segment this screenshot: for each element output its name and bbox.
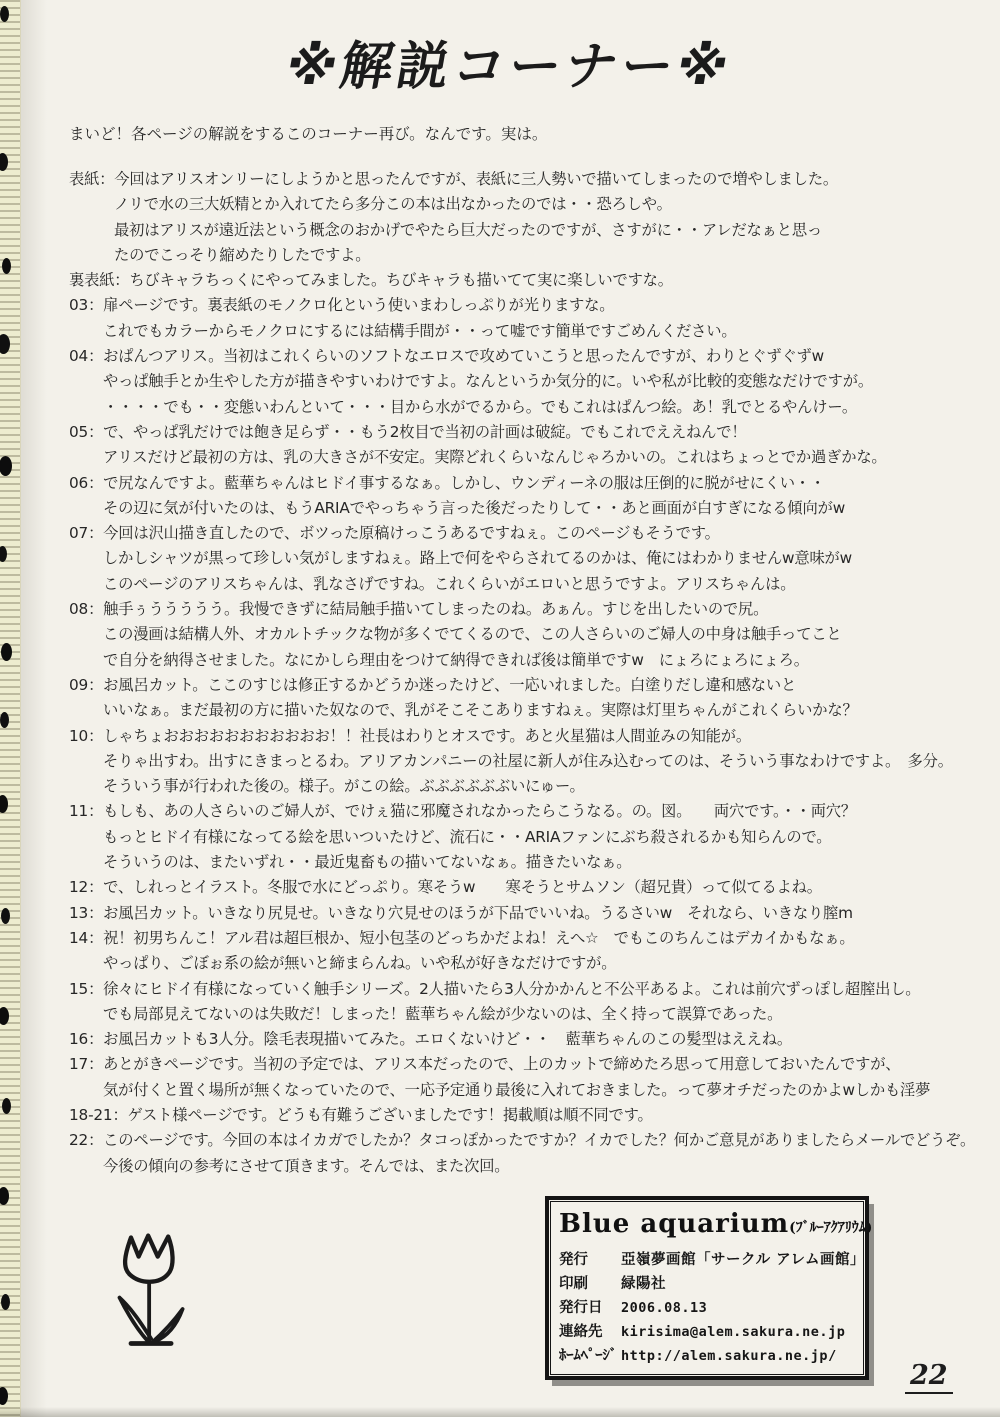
colophon-row-value: http://alem.sakura.ne.jp/ bbox=[621, 1348, 837, 1364]
commentary-line: で自分を納得させました。なにかしら理由をつけて納得できれば後は簡単ですw にょろ… bbox=[69, 648, 997, 673]
commentary-line: これでもカラーからモノクロにするには結構手間が・・って嘘です簡単ですごめんくださ… bbox=[69, 319, 997, 344]
entry-label: 16： bbox=[69, 1030, 103, 1048]
colophon-row-value: 緑陽社 bbox=[621, 1276, 666, 1292]
commentary-line: 13：お風呂カット。いきなり尻見せ。いきなり穴見せのほうが下品でいいね。うるさい… bbox=[69, 901, 997, 926]
commentary-entry: 16：お風呂カットも3人分。陰毛表現描いてみた。エロくないけど・・ 藍華ちゃんの… bbox=[69, 1027, 997, 1052]
colophon-row-label: ﾎｰﾑﾍﾟｰｼﾞ bbox=[559, 1344, 621, 1368]
commentary-line: たのでこっそり縮めたりしたですよ。 bbox=[69, 243, 997, 268]
entry-label: 18-21： bbox=[69, 1106, 128, 1124]
commentary-entry: 10：しゃちょおおおおおおおおおおお！！社長はわりとオスです。あと火星猫は人間並… bbox=[69, 724, 997, 800]
entry-label: 03： bbox=[69, 296, 103, 314]
colophon-rows: 発行亞嶺夢画館「サークル アレム画館」印刷緑陽社発行日2006.08.13連絡先… bbox=[559, 1248, 857, 1368]
commentary-entry: 04：おぱんつアリス。当初はこれくらいのソフトなエロスで攻めていこうと思ったんで… bbox=[69, 344, 997, 420]
commentary-line: そりゃ出すわ。出すにきまっとるわ。アリアカンパニーの社屋に新人が住み込むってのは… bbox=[69, 749, 997, 774]
tulip-flower bbox=[125, 1236, 172, 1282]
commentary-line: やっぱ触手とか生やした方が描きやすいわけですよ。なんというか気分的に。いや私が比… bbox=[69, 369, 997, 394]
entry-label: 09： bbox=[69, 676, 103, 694]
colophon-row-label: 発行日 bbox=[559, 1296, 621, 1320]
entry-label: 05： bbox=[69, 423, 103, 441]
commentary-line: 16：お風呂カットも3人分。陰毛表現描いてみた。エロくないけど・・ 藍華ちゃんの… bbox=[69, 1027, 997, 1052]
colophon-row: 発行亞嶺夢画館「サークル アレム画館」 bbox=[559, 1248, 857, 1272]
commentary-line: 08：触手ぅううううう。我慢できずに結局触手描いてしまったのね。あぁん。すじを出… bbox=[69, 597, 997, 622]
binding-shadow bbox=[21, 0, 47, 1417]
commentary-line: 10：しゃちょおおおおおおおおおおお！！社長はわりとオスです。あと火星猫は人間並… bbox=[69, 724, 997, 749]
commentary-line: 12：で、しれっとイラスト。冬服で水にどっぷり。寒そうw 寒そうとサムソン（超兄… bbox=[69, 875, 997, 900]
commentary-line: 11：もしも、あの人さらいのご婦人が、でけぇ猫に邪魔されなかったらこうなる。の。… bbox=[69, 799, 997, 824]
commentary-line: 17：あとがきページです。当初の予定では、アリス本だったので、上のカットで締めた… bbox=[69, 1052, 997, 1077]
commentary-line: 04：おぱんつアリス。当初はこれくらいのソフトなエロスで攻めていこうと思ったんで… bbox=[69, 344, 997, 369]
intro-text: まいど！各ページの解説をするこのコーナー再び。なんです。実は。 bbox=[69, 122, 547, 144]
entry-label: 07： bbox=[69, 524, 103, 542]
commentary-entry: 15：徐々にヒドイ有様になっていく触手シリーズ。2人描いたら3人分かかんと不公平… bbox=[69, 977, 997, 1028]
commentary-entry: 03：扉ページです。裏表紙のモノクロ化という使いまわしっぷりが光りますな。これで… bbox=[69, 293, 997, 344]
commentary-entry: 裏表紙：ちびキャラちっくにやってみました。ちびキャラも描いてて実に楽しいですな。 bbox=[69, 268, 997, 293]
page-number: 22 bbox=[905, 1360, 953, 1394]
publication-title-kana: (ﾌﾞﾙｰｱｸｱﾘｳﾑ) bbox=[789, 1220, 872, 1236]
entry-label: 06： bbox=[69, 474, 103, 492]
colophon-row: 連絡先kirisima@alem.sakura.ne.jp bbox=[559, 1320, 857, 1344]
commentary-line: やっぱり、ごぼぉ系の絵が無いと締まらんね。いや私が好きなだけですが。 bbox=[69, 951, 997, 976]
commentary-line: 15：徐々にヒドイ有様になっていく触手シリーズ。2人描いたら3人分かかんと不公平… bbox=[69, 977, 997, 1002]
colophon-row: 発行日2006.08.13 bbox=[559, 1296, 857, 1320]
tulip-leaf-right bbox=[152, 1309, 183, 1342]
entry-label: 10： bbox=[69, 727, 103, 745]
page-title: ※解説コーナー※ bbox=[63, 24, 956, 99]
entry-label: 13： bbox=[69, 904, 103, 922]
commentary-entry: 05：で、やっぱ乳だけでは飽き足らず・・もう2枚目で当初の計画は破綻。でもこれで… bbox=[69, 420, 997, 471]
commentary-line: このページのアリスちゃんは、乳なさげですね。これくらいがエロいと思うですよ。アリ… bbox=[69, 572, 997, 597]
entry-text: 今回はアリスオンリーにしようかと思ったんですが、表紙に三人勢いで描いてしまったの… bbox=[114, 170, 838, 188]
commentary-line: 06：で尻なんですよ。藍華ちゃんはヒドイ事するなぁ。しかし、ウンディーネの服は圧… bbox=[69, 471, 997, 496]
scanned-binding-edge bbox=[0, 0, 21, 1417]
entry-text: で、やっぱ乳だけでは飽き足らず・・もう2枚目で当初の計画は破綻。でもこれでええね… bbox=[103, 423, 746, 441]
commentary-entry: 09：お風呂カット。ここのすじは修正するかどうか迷ったけど、一応いれました。白塗… bbox=[69, 673, 997, 724]
commentary-line: そういうのは、またいずれ・・最近鬼畜もの描いてないなぁ。描きたいなぁ。 bbox=[69, 850, 997, 875]
commentary-line: ノリで水の三大妖精とか入れてたら多分この本は出なかったのでは・・恐ろしや。 bbox=[69, 192, 997, 217]
entry-text: ゲスト様ページです。どうも有難うございましたです！掲載順は順不同です。 bbox=[128, 1106, 653, 1124]
commentary-line: 表紙：今回はアリスオンリーにしようかと思ったんですが、表紙に三人勢いで描いてしま… bbox=[69, 167, 997, 192]
commentary-line: いいなぁ。まだ最初の方に描いた奴なので、乳がそこそこありますねぇ。実際は灯里ちゃ… bbox=[69, 698, 997, 723]
commentary-line: 03：扉ページです。裏表紙のモノクロ化という使いまわしっぷりが光りますな。 bbox=[69, 293, 997, 318]
commentary-entry: 17：あとがきページです。当初の予定では、アリス本だったので、上のカットで締めた… bbox=[69, 1052, 997, 1103]
entry-label: 表紙： bbox=[69, 170, 114, 188]
commentary-line: 22：このページです。今回の本はイカガでしたか？タコっぽかったですか？イカでした… bbox=[69, 1128, 997, 1153]
commentary-line: 気が付くと置く場所が無くなっていたので、一応予定通り最後に入れておきました。って… bbox=[69, 1078, 997, 1103]
colophon-row-value: 亞嶺夢画館「サークル アレム画館」 bbox=[621, 1252, 865, 1268]
entry-text: 扉ページです。裏表紙のモノクロ化という使いまわしっぷりが光りますな。 bbox=[103, 296, 614, 314]
commentary-entry: 18-21：ゲスト様ページです。どうも有難うございましたです！掲載順は順不同です… bbox=[69, 1103, 997, 1128]
entry-label: 08： bbox=[69, 600, 103, 618]
entry-label: 22： bbox=[69, 1131, 103, 1149]
entry-label: 15： bbox=[69, 980, 103, 998]
entry-text: 触手ぅううううう。我慢できずに結局触手描いてしまったのね。あぁん。すじを出したい… bbox=[103, 600, 768, 618]
commentary-entry: 11：もしも、あの人さらいのご婦人が、でけぇ猫に邪魔されなかったらこうなる。の。… bbox=[69, 799, 997, 875]
commentary-line: しかしシャツが黒って珍しい気がしますねぇ。路上で何をやらされてるのかは、俺にはわ… bbox=[69, 546, 997, 571]
colophon-box: Blue aquarium(ﾌﾞﾙｰｱｸｱﾘｳﾑ) 発行亞嶺夢画館「サークル ア… bbox=[545, 1196, 869, 1380]
tulip-leaf-left bbox=[120, 1298, 152, 1342]
commentary-entry: 07：今回は沢山描き直したので、ボツった原稿けっこうあるですねぇ。このページもそ… bbox=[69, 521, 997, 597]
colophon-row-value: 2006.08.13 bbox=[621, 1300, 707, 1316]
colophon-row-label: 連絡先 bbox=[559, 1320, 621, 1344]
entry-text: で尻なんですよ。藍華ちゃんはヒドイ事するなぁ。しかし、ウンディーネの服は圧倒的に… bbox=[103, 474, 825, 492]
entry-text: 祝！初男ちんこ！アル君は超巨根か、短小包茎のどっちかだよね！えへ☆ でもこのちん… bbox=[103, 929, 854, 947]
entry-text: 徐々にヒドイ有様になっていく触手シリーズ。2人描いたら3人分かかんと不公平あるよ… bbox=[103, 980, 920, 998]
commentary-entry: 06：で尻なんですよ。藍華ちゃんはヒドイ事するなぁ。しかし、ウンディーネの服は圧… bbox=[69, 471, 997, 522]
commentary-entry: 12：で、しれっとイラスト。冬服で水にどっぷり。寒そうw 寒そうとサムソン（超兄… bbox=[69, 875, 997, 900]
colophon-row: ﾎｰﾑﾍﾟｰｼﾞhttp://alem.sakura.ne.jp/ bbox=[559, 1344, 857, 1368]
commentary-line: 05：で、やっぱ乳だけでは飽き足らず・・もう2枚目で当初の計画は破綻。でもこれで… bbox=[69, 420, 997, 445]
commentary-line: 07：今回は沢山描き直したので、ボツった原稿けっこうあるですねぇ。このページもそ… bbox=[69, 521, 997, 546]
entry-text: ちびキャラちっくにやってみました。ちびキャラも描いてて実に楽しいですな。 bbox=[129, 271, 673, 289]
publication-title-latin: Blue aquarium bbox=[559, 1209, 789, 1239]
scan-bottom-shade bbox=[0, 1407, 1000, 1417]
entry-label: 04： bbox=[69, 347, 103, 365]
commentary-line: 裏表紙：ちびキャラちっくにやってみました。ちびキャラも描いてて実に楽しいですな。 bbox=[69, 268, 997, 293]
entry-label: 12： bbox=[69, 878, 103, 896]
commentary-line: 18-21：ゲスト様ページです。どうも有難うございましたです！掲載順は順不同です… bbox=[69, 1103, 997, 1128]
commentary-line: 09：お風呂カット。ここのすじは修正するかどうか迷ったけど、一応いれました。白塗… bbox=[69, 673, 997, 698]
commentary-line: 最初はアリスが遠近法という概念のおかげでやたら巨大だったのですが、さすがに・・ア… bbox=[69, 218, 997, 243]
entry-text: お風呂カットも3人分。陰毛表現描いてみた。エロくないけど・・ 藍華ちゃんのこの髪… bbox=[103, 1030, 792, 1048]
commentary-line: もっとヒドイ有様になってる絵を思いついたけど、流石に・・ARIAファンにぶち殺さ… bbox=[69, 825, 997, 850]
entry-text: このページです。今回の本はイカガでしたか？タコっぽかったですか？イカでした？何か… bbox=[103, 1131, 975, 1149]
entry-text: しゃちょおおおおおおおおおおお！！社長はわりとオスです。あと火星猫は人間並みの知… bbox=[103, 727, 751, 745]
entry-label: 17： bbox=[69, 1055, 103, 1073]
tulip-drawing bbox=[110, 1226, 194, 1354]
commentary-line: ・・・・でも・・変態いわんといて・・・目から水がでるから。でもこれはぱんつ絵。あ… bbox=[69, 395, 997, 420]
colophon-row-label: 印刷 bbox=[559, 1272, 621, 1296]
commentary-entry: 表紙：今回はアリスオンリーにしようかと思ったんですが、表紙に三人勢いで描いてしま… bbox=[69, 167, 997, 268]
commentary-line: この漫画は結構人外、オカルトチックな物が多くでてくるので、この人さらいのご婦人の… bbox=[69, 622, 997, 647]
entry-label: 裏表紙： bbox=[69, 271, 129, 289]
commentary-line: 14：祝！初男ちんこ！アル君は超巨根か、短小包茎のどっちかだよね！えへ☆ でもこ… bbox=[69, 926, 997, 951]
commentary-line: そういう事が行われた後の。様子。がこの絵。ぶぶぶぶぶぶいにゅー。 bbox=[69, 774, 997, 799]
commentary-entry: 22：このページです。今回の本はイカガでしたか？タコっぽかったですか？イカでした… bbox=[69, 1128, 997, 1179]
commentary-line: アリスだけど最初の方は、乳の大きさが不安定。実際どれくらいなんじゃろかいの。これ… bbox=[69, 445, 997, 470]
commentary-entry: 14：祝！初男ちんこ！アル君は超巨根か、短小包茎のどっちかだよね！えへ☆ でもこ… bbox=[69, 926, 997, 977]
entry-label: 11： bbox=[69, 802, 103, 820]
entry-text: お風呂カット。ここのすじは修正するかどうか迷ったけど、一応いれました。白塗りだし… bbox=[103, 676, 796, 694]
entry-text: で、しれっとイラスト。冬服で水にどっぷり。寒そうw 寒そうとサムソン（超兄貴）っ… bbox=[103, 878, 822, 896]
commentary-entry: 08：触手ぅううううう。我慢できずに結局触手描いてしまったのね。あぁん。すじを出… bbox=[69, 597, 997, 673]
colophon-row: 印刷緑陽社 bbox=[559, 1272, 857, 1296]
commentary-entry: 13：お風呂カット。いきなり尻見せ。いきなり穴見せのほうが下品でいいね。うるさい… bbox=[69, 901, 997, 926]
colophon-row-value: kirisima@alem.sakura.ne.jp bbox=[621, 1324, 845, 1340]
commentary-line: でも局部見えてないのは失敗だ！しまった！藍華ちゃん絵が少ないのは、全く持って誤算… bbox=[69, 1002, 997, 1027]
entry-text: もしも、あの人さらいのご婦人が、でけぇ猫に邪魔されなかったらこうなる。の。図。 … bbox=[103, 802, 856, 820]
publication-title: Blue aquarium(ﾌﾞﾙｰｱｸｱﾘｳﾑ) bbox=[559, 1206, 857, 1246]
entry-label: 14： bbox=[69, 929, 103, 947]
colophon-row-label: 発行 bbox=[559, 1248, 621, 1272]
commentary-list: 表紙：今回はアリスオンリーにしようかと思ったんですが、表紙に三人勢いで描いてしま… bbox=[69, 167, 997, 1179]
entry-text: おぱんつアリス。当初はこれくらいのソフトなエロスで攻めていこうと思ったんですが、… bbox=[103, 347, 824, 365]
commentary-line: その辺に気が付いたのは、もうARIAでやっちゃう言った後だったりして・・あと画面… bbox=[69, 496, 997, 521]
entry-text: お風呂カット。いきなり尻見せ。いきなり穴見せのほうが下品でいいね。うるさいw そ… bbox=[103, 904, 853, 922]
commentary-line: 今後の傾向の参考にさせて頂きます。そんでは、また次回。 bbox=[69, 1154, 997, 1179]
entry-text: あとがきページです。当初の予定では、アリス本だったので、上のカットで締めたろ思っ… bbox=[103, 1055, 900, 1073]
entry-text: 今回は沢山描き直したので、ボツった原稿けっこうあるですねぇ。このページもそうです… bbox=[103, 524, 720, 542]
